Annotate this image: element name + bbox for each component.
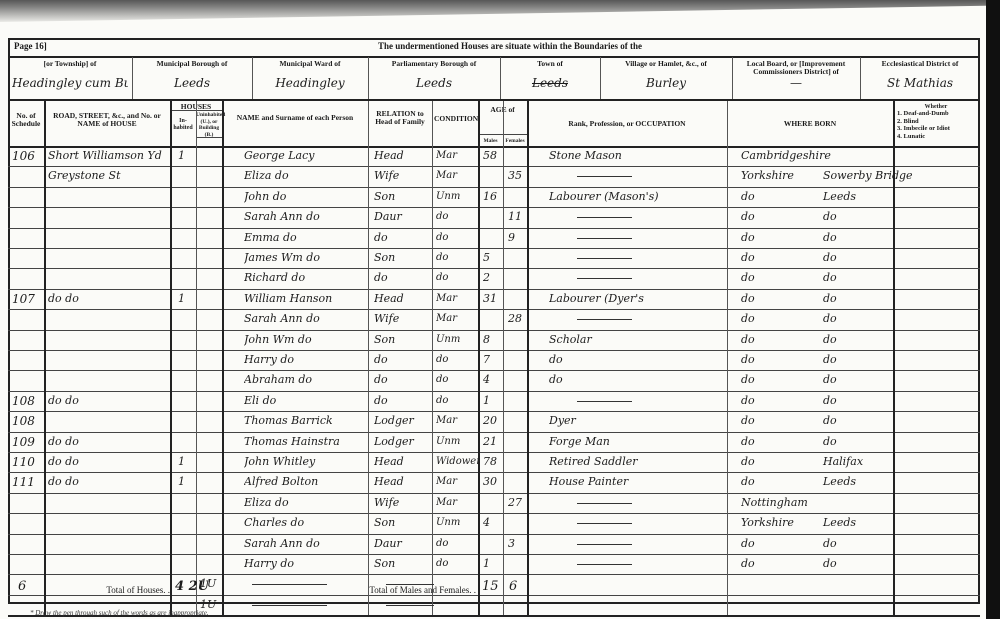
- row-rule: [8, 228, 980, 229]
- person-name: Eliza do: [244, 496, 366, 510]
- male-age: 58: [483, 149, 497, 163]
- male-age: 4: [483, 516, 490, 530]
- col-address: ROAD, STREET, &c., and No. or NAME of HO…: [50, 112, 164, 128]
- row-rule: [8, 350, 980, 351]
- born-place: Sowerby Bridge: [823, 169, 923, 183]
- uninhabited-subrule: [196, 137, 222, 138]
- row-rule: [8, 248, 980, 249]
- born-county: do: [741, 557, 831, 571]
- condition: do: [436, 394, 478, 408]
- boundary-label: Municipal Borough of: [134, 60, 250, 68]
- row-rule: [8, 493, 980, 494]
- born-county: do: [741, 231, 831, 245]
- relation: Lodger: [374, 435, 434, 449]
- row-rule: [8, 268, 980, 269]
- boundary-divider: [500, 57, 501, 99]
- boundary-divider: [860, 57, 861, 99]
- col-name: NAME and Surname of each Person: [232, 114, 358, 122]
- boundary-value: Headingley cum Burley: [12, 76, 128, 90]
- male-age: 7: [483, 353, 490, 367]
- occupation-dash: [577, 217, 632, 218]
- born-place: Leeds: [823, 190, 923, 204]
- male-age: 4: [483, 373, 490, 387]
- relation: Son: [374, 333, 434, 347]
- born-place: do: [823, 251, 923, 265]
- born-place: do: [823, 312, 923, 326]
- row-rule: [8, 534, 980, 535]
- occupation-dash: [577, 258, 632, 259]
- born-county: Cambridgeshire: [741, 149, 831, 163]
- relation: Head: [374, 475, 434, 489]
- occupation: Dyer: [549, 414, 724, 428]
- row-rule: [8, 391, 980, 392]
- person-name: Sarah Ann do: [244, 312, 366, 326]
- row-rule: [8, 207, 980, 208]
- condition: do: [436, 557, 478, 571]
- inhabited-count: 1: [178, 292, 185, 306]
- boundary-divider: [600, 57, 601, 99]
- born-place: do: [823, 557, 923, 571]
- born-county: do: [741, 292, 831, 306]
- relation: Wife: [374, 312, 434, 326]
- born-place: do: [823, 271, 923, 285]
- relation: Head: [374, 292, 434, 306]
- condition: do: [436, 210, 478, 224]
- born-place: do: [823, 373, 923, 387]
- row-rule: [8, 554, 980, 555]
- female-age: 11: [508, 210, 522, 224]
- person-name: William Hanson: [244, 292, 366, 306]
- scan-shadow: [0, 0, 1000, 22]
- row-rule: [8, 411, 980, 412]
- boundary-value: Leeds: [136, 76, 248, 90]
- col-infirmity-item: 1. Deaf-and-Dumb: [897, 110, 979, 117]
- person-name: John do: [244, 190, 366, 204]
- born-county: Yorkshire: [741, 169, 831, 183]
- col-infirmity-item: 3. Imbecile or Idiot: [897, 125, 979, 132]
- born-county: do: [741, 333, 831, 347]
- condition: Unm: [436, 333, 478, 347]
- relation: Son: [374, 190, 434, 204]
- footnote: * Draw the pen through such of the words…: [30, 609, 209, 617]
- boundary-value: Leeds: [372, 76, 496, 90]
- address: Greystone St: [48, 169, 170, 183]
- address: do do: [48, 292, 170, 306]
- occupation: Labourer (Mason's): [549, 190, 724, 204]
- col-condition: CONDITION: [434, 115, 476, 123]
- total-houses-count: 6: [18, 580, 26, 594]
- inhabited-count: 1: [178, 455, 185, 469]
- boundary-label: Village or Hamlet, &c., of: [602, 60, 730, 68]
- born-place: do: [823, 292, 923, 306]
- condition: do: [436, 231, 478, 245]
- condition: Mar: [436, 312, 478, 326]
- born-county: do: [741, 271, 831, 285]
- born-county: do: [741, 373, 831, 387]
- page-label: Page 16]: [14, 42, 47, 50]
- header-bottom-rule: [8, 146, 980, 148]
- condition: Widower: [436, 455, 478, 469]
- born-county: do: [741, 537, 831, 551]
- row-rule: [8, 432, 980, 433]
- born-county: do: [741, 455, 831, 469]
- condition: Mar: [436, 169, 478, 183]
- column-rule: [368, 101, 369, 615]
- condition: Unm: [436, 190, 478, 204]
- total-persons-label: Total of Males and Females. .: [300, 586, 476, 594]
- occupation-dash: [577, 238, 632, 239]
- occupation: Labourer (Dyer's: [549, 292, 724, 306]
- name-dash: [252, 605, 327, 606]
- occupation: do: [549, 353, 724, 367]
- occupation-dash: [577, 503, 632, 504]
- male-age: 20: [483, 414, 497, 428]
- boundary-value: Leeds: [504, 76, 596, 90]
- row-rule: [8, 187, 980, 188]
- relation: do: [374, 394, 434, 408]
- address: Short Williamson Yd: [48, 149, 170, 163]
- condition: Mar: [436, 292, 478, 306]
- row-rule: [8, 513, 980, 514]
- boundary-value: —: [736, 76, 856, 90]
- condition: do: [436, 251, 478, 265]
- schedule-number: 111: [12, 475, 35, 489]
- female-age: 27: [508, 496, 522, 510]
- male-age: 30: [483, 475, 497, 489]
- born-place: Leeds: [823, 475, 923, 489]
- born-place: do: [823, 210, 923, 224]
- boundary-label: Local Board, or [Improvement Commissione…: [734, 60, 858, 76]
- column-rule: [222, 101, 224, 615]
- boundary-value: St Mathias: [864, 76, 976, 90]
- person-name: Thomas Hainstra: [244, 435, 366, 449]
- schedule-number: 108: [12, 414, 35, 428]
- born-county: Yorkshire: [741, 516, 831, 530]
- boundary-label: Ecclesiastical District of: [862, 60, 978, 68]
- condition: Mar: [436, 475, 478, 489]
- col-occupation: Rank, Profession, or OCCUPATION: [532, 120, 722, 128]
- born-county: do: [741, 210, 831, 224]
- condition: Mar: [436, 414, 478, 428]
- born-place: do: [823, 537, 923, 551]
- row-rule: [8, 370, 980, 371]
- male-age: 16: [483, 190, 497, 204]
- address: do do: [48, 475, 170, 489]
- schedule-number: 108: [12, 394, 35, 408]
- occupation-dash: [577, 564, 632, 565]
- col-uninhabited: Uninhabited (U.), or Building (B.): [196, 112, 222, 138]
- boundary-top-rule: [8, 56, 980, 58]
- col-males: Males: [478, 137, 503, 145]
- female-age: 3: [508, 537, 515, 551]
- born-place: do: [823, 435, 923, 449]
- inhabited-count: 1: [178, 149, 185, 163]
- relation: do: [374, 373, 434, 387]
- relation: Head: [374, 455, 434, 469]
- male-age: 1: [483, 557, 490, 571]
- relation: Wife: [374, 169, 434, 183]
- row-rule: [8, 574, 980, 575]
- born-county: do: [741, 414, 831, 428]
- relation: Son: [374, 516, 434, 530]
- born-county: Nottingham: [741, 496, 831, 510]
- boundary-label: [or Township] of: [10, 60, 130, 68]
- row-rule: [8, 289, 980, 290]
- address: do do: [48, 394, 170, 408]
- relation: Wife: [374, 496, 434, 510]
- born-county: do: [741, 394, 831, 408]
- male-age: 21: [483, 435, 497, 449]
- boundary-bottom-rule: [8, 99, 980, 101]
- occupation: do: [549, 373, 724, 387]
- occupation-dash: [577, 544, 632, 545]
- address: do do: [48, 455, 170, 469]
- col-relation: RELATION to Head of Family: [372, 110, 428, 126]
- person-name: Abraham do: [244, 373, 366, 387]
- row-rule: [8, 472, 980, 473]
- occupation-dash: [577, 319, 632, 320]
- col-infirmity-item: 4. Lunatic: [897, 133, 979, 140]
- male-age: 1: [483, 394, 490, 408]
- condition: do: [436, 537, 478, 551]
- col-infirmity-item: 2. Blind: [897, 118, 979, 125]
- boundary-label: Town of: [502, 60, 598, 68]
- boundary-divider: [368, 57, 369, 99]
- boundary-value: Burley: [604, 76, 728, 90]
- relation: Daur: [374, 210, 434, 224]
- male-age: 2: [483, 271, 490, 285]
- row-rule: [8, 309, 980, 310]
- relation: do: [374, 231, 434, 245]
- col-schedule: No. of Schedule: [9, 112, 43, 128]
- relation: Daur: [374, 537, 434, 551]
- born-county: do: [741, 435, 831, 449]
- column-rule: [527, 101, 529, 615]
- column-rule: [44, 101, 46, 615]
- boundary-divider: [732, 57, 733, 99]
- condition: do: [436, 353, 478, 367]
- female-age: 9: [508, 231, 515, 245]
- born-place: do: [823, 231, 923, 245]
- schedule-number: 106: [12, 149, 35, 163]
- total-houses-value: 4 2U: [175, 580, 209, 594]
- person-name: John Wm do: [244, 333, 366, 347]
- born-county: do: [741, 190, 831, 204]
- relation: Lodger: [374, 414, 434, 428]
- born-place: do: [823, 353, 923, 367]
- born-place: Halifax: [823, 455, 923, 469]
- column-rule: [196, 101, 197, 615]
- person-name: Harry do: [244, 557, 366, 571]
- occupation: House Painter: [549, 475, 724, 489]
- col-where-born: WHERE BORN: [732, 120, 888, 128]
- born-place: do: [823, 394, 923, 408]
- person-name: Sarah Ann do: [244, 210, 366, 224]
- born-county: do: [741, 475, 831, 489]
- condition: Unm: [436, 435, 478, 449]
- relation: Son: [374, 557, 434, 571]
- occupation: Stone Mason: [549, 149, 724, 163]
- address: do do: [48, 435, 170, 449]
- col-inhabited: In-habited: [170, 118, 196, 132]
- boundary-divider: [132, 57, 133, 99]
- male-age: 31: [483, 292, 497, 306]
- schedule-number: 110: [12, 455, 35, 469]
- person-name: John Whitley: [244, 455, 366, 469]
- person-name: Richard do: [244, 271, 366, 285]
- female-age: 28: [508, 312, 522, 326]
- born-county: do: [741, 353, 831, 367]
- schedule-number: 107: [12, 292, 35, 306]
- born-place: Leeds: [823, 516, 923, 530]
- schedule-number: 109: [12, 435, 35, 449]
- boundary-label: Parliamentary Borough of: [370, 60, 498, 68]
- born-place: do: [823, 414, 923, 428]
- person-name: Charles do: [244, 516, 366, 530]
- total-females: 6: [509, 580, 517, 594]
- boundary-divider: [252, 57, 253, 99]
- female-age: 35: [508, 169, 522, 183]
- inhabited-count: 1: [178, 475, 185, 489]
- male-age: 8: [483, 333, 490, 347]
- occupation: Scholar: [549, 333, 724, 347]
- row-rule: [8, 166, 980, 167]
- person-name: Emma do: [244, 231, 366, 245]
- person-name: George Lacy: [244, 149, 366, 163]
- total-males: 15: [482, 580, 499, 594]
- boundary-value: Headingley: [256, 76, 364, 90]
- male-age: 78: [483, 455, 497, 469]
- boundary-label: Municipal Ward of: [254, 60, 366, 68]
- relation-dash: [386, 605, 434, 606]
- column-rule: [503, 101, 504, 615]
- person-name: Sarah Ann do: [244, 537, 366, 551]
- person-name: Alfred Bolton: [244, 475, 366, 489]
- occupation: Retired Saddler: [549, 455, 724, 469]
- relation: do: [374, 353, 434, 367]
- total-houses-label: Total of Houses. .: [70, 586, 170, 594]
- male-age: 5: [483, 251, 490, 265]
- condition: Mar: [436, 496, 478, 510]
- born-county: do: [741, 312, 831, 326]
- occupation-dash: [577, 278, 632, 279]
- person-name: Eli do: [244, 394, 366, 408]
- occupation: Forge Man: [549, 435, 724, 449]
- row-rule: [8, 330, 980, 331]
- page-heading: The undermentioned Houses are situate wi…: [300, 42, 720, 50]
- column-rule: [170, 101, 172, 615]
- person-name: Eliza do: [244, 169, 366, 183]
- condition: do: [436, 373, 478, 387]
- column-rule: [727, 101, 728, 615]
- born-place: do: [823, 333, 923, 347]
- condition: Mar: [436, 149, 478, 163]
- person-name: James Wm do: [244, 251, 366, 265]
- relation: Son: [374, 251, 434, 265]
- condition: do: [436, 271, 478, 285]
- row-rule: [8, 452, 980, 453]
- scan-binding-edge: [986, 0, 1000, 619]
- occupation-dash: [577, 523, 632, 524]
- condition: Unm: [436, 516, 478, 530]
- person-name: Harry do: [244, 353, 366, 367]
- relation: do: [374, 271, 434, 285]
- relation: Head: [374, 149, 434, 163]
- occupation-dash: [577, 176, 632, 177]
- person-name: Thomas Barrick: [244, 414, 366, 428]
- column-rule: [478, 101, 480, 615]
- occupation-dash: [577, 401, 632, 402]
- born-county: do: [741, 251, 831, 265]
- col-females: Females: [503, 137, 527, 145]
